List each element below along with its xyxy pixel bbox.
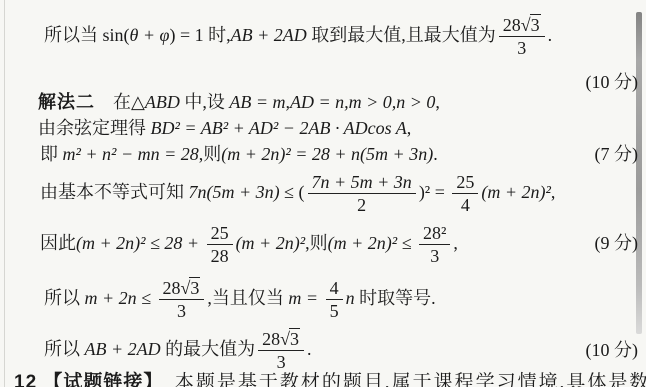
text-segment: ,则 [199,144,222,164]
solution-line-cosine-rule: 由余弦定理得 BD² = AB² + AD² − 2AB · ADcos A, [38,116,411,140]
text-segment: . [548,25,553,45]
fraction-denominator: 4 [452,193,478,215]
text-segment: 的最大值为 [161,339,256,359]
fraction-denominator: 5 [326,299,343,321]
text-segment: 由基本不等式可知 [40,182,189,202]
text-segment: 由余弦定理得 [38,118,151,138]
fraction-25-over-4: 254 [452,172,478,215]
next-item-clipped-line: 12 【试题链接】 本题是基于教材的题目,属于课程学习情境,具体是数学运算 [14,371,646,387]
math-m2n-squared: (m + 2n)² [481,182,551,202]
text-segment: . [307,339,312,359]
sqrt-radicand: 3 [530,14,541,35]
fraction-numerator: 28√3 [258,329,304,350]
solution-line-equation-28: 即 m² + n² − mn = 28,则(m + 2n)² = 28 + n(… [40,142,438,166]
text-segment: 中,设 [180,92,230,112]
text-segment: , [407,118,412,138]
math-ab-2ad: AB + 2AD [231,25,307,45]
solution-line-final-answer: 所以 AB + 2AD 的最大值为28√33. [44,327,312,373]
fraction-numerator: 28² [419,223,450,244]
fraction-denominator: 3 [159,299,205,321]
text-segment: ,则 [305,233,328,253]
fraction-28sqrt3-over-3: 28√33 [258,329,304,372]
sqrt-radicand: 3 [289,328,300,349]
math-7n-5m3n: 7n(5m + 3n) [189,182,280,202]
solution-line-equality-condition: 所以 m + 2n ≤ 28√33,当且仅当 m = 45n 时取等号. [44,275,436,322]
text-segment: 所以 [44,288,85,308]
fraction-7n5m3n-over-2: 7n + 5m + 3n2 [308,172,416,215]
number: 28 [163,278,181,298]
fraction-denominator: 3 [499,36,545,58]
math-m2n-squared: (m + 2n)² = 28 + n(5m + 3n) [221,144,433,164]
fraction-numerator: 28√3 [499,15,545,36]
sqrt-icon: √ [521,15,530,35]
math-variables: AB = m,AD = n,m > 0,n > 0 [229,92,435,112]
sqrt-icon: √ [280,329,289,349]
fraction-28sqrt3-over-3: 28√33 [159,278,205,321]
fraction-28sqrt3-over-3: 28√33 [499,15,545,58]
math-inequality: (m + 2n)² ≤ 28 + [76,233,204,253]
text-segment: 时取等号. [355,288,436,308]
method2-label: 解法二 [38,92,95,112]
math-m-equals: m = [288,288,322,308]
text-segment: . [433,144,438,164]
solution-line-method2-setup: 解法二 在△ABD 中,设 AB = m,AD = n,m > 0,n > 0, [38,90,440,114]
text-segment: 在△ [95,92,145,112]
text-segment: , [551,182,556,202]
math-n: n [346,288,355,308]
text-segment: , [453,233,458,253]
fraction-28sq-over-3: 28²3 [419,223,450,266]
math-ab-2ad: AB + 2AD [85,339,161,359]
number: 28 [262,329,280,349]
solution-line-conclusion-method1: 所以当 sin(θ + φ) = 1 时,AB + 2AD 取到最大值,且最大值… [44,12,552,59]
fraction-numerator: 7n + 5m + 3n [308,172,416,193]
fraction-4-over-5: 45 [326,278,343,321]
question-link-tag: 12 【试题链接】 [14,372,154,387]
sqrt-radicand: 3 [189,277,200,298]
fraction-numerator: 25 [452,172,478,193]
math-abd: ABD [145,92,180,112]
math-cosine-expansion: BD² = AB² + AD² − 2AB · ADcos A [151,118,407,138]
fraction-denominator: 28 [207,244,233,266]
math-m2n-squared: (m + 2n)² [236,233,306,253]
solution-line-therefore-bound: 因此(m + 2n)² ≤ 28 + 2528(m + 2n)²,则(m + 2… [40,221,458,267]
fraction-25-over-28: 2528 [207,223,233,266]
text-segment: 所以当 sin( [44,25,130,45]
math-inequality2: (m + 2n)² ≤ [328,233,416,253]
fraction-numerator: 4 [326,278,343,299]
fraction-numerator: 25 [207,223,233,244]
score-9-points: (9 分) [595,231,639,255]
text-segment: 因此 [40,233,76,253]
text-segment: , [435,92,440,112]
score-7-points: (7 分) [595,142,639,166]
fraction-denominator: 3 [258,350,304,372]
text-segment: ,当且仅当 [207,288,288,308]
number: 28 [503,15,521,35]
text-segment: 所以 [44,339,85,359]
text-segment: 取到最大值,且最大值为 [307,25,496,45]
text-segment: ) = 1 时, [169,25,230,45]
score-10-points-method2: (10 分) [586,338,639,362]
scanned-math-solution-page: 所以当 sin(θ + φ) = 1 时,AB + 2AD 取到最大值,且最大值… [0,0,646,387]
score-10-points-method1: (10 分) [586,70,639,94]
math-m2n2: m² + n² − mn = 28 [63,144,199,164]
text-segment: 即 [40,144,63,164]
fraction-denominator: 2 [308,193,416,215]
fraction-numerator: 28√3 [159,278,205,299]
text-segment: )² = [419,182,450,202]
math-m2n-bound: m + 2n ≤ [85,288,156,308]
solution-line-am-gm-inequality: 由基本不等式可知 7n(5m + 3n) ≤ (7n + 5m + 3n2)² … [40,170,555,216]
text-segment: 本题是基于教材的题目,属于课程学习情境,具体是数学运算 [154,372,646,387]
page-left-edge-line [4,0,5,387]
text-segment: ≤ ( [280,182,305,202]
fraction-denominator: 3 [419,244,450,266]
math-theta-phi: θ + φ [130,25,170,45]
page-right-scan-bar [636,12,642,334]
